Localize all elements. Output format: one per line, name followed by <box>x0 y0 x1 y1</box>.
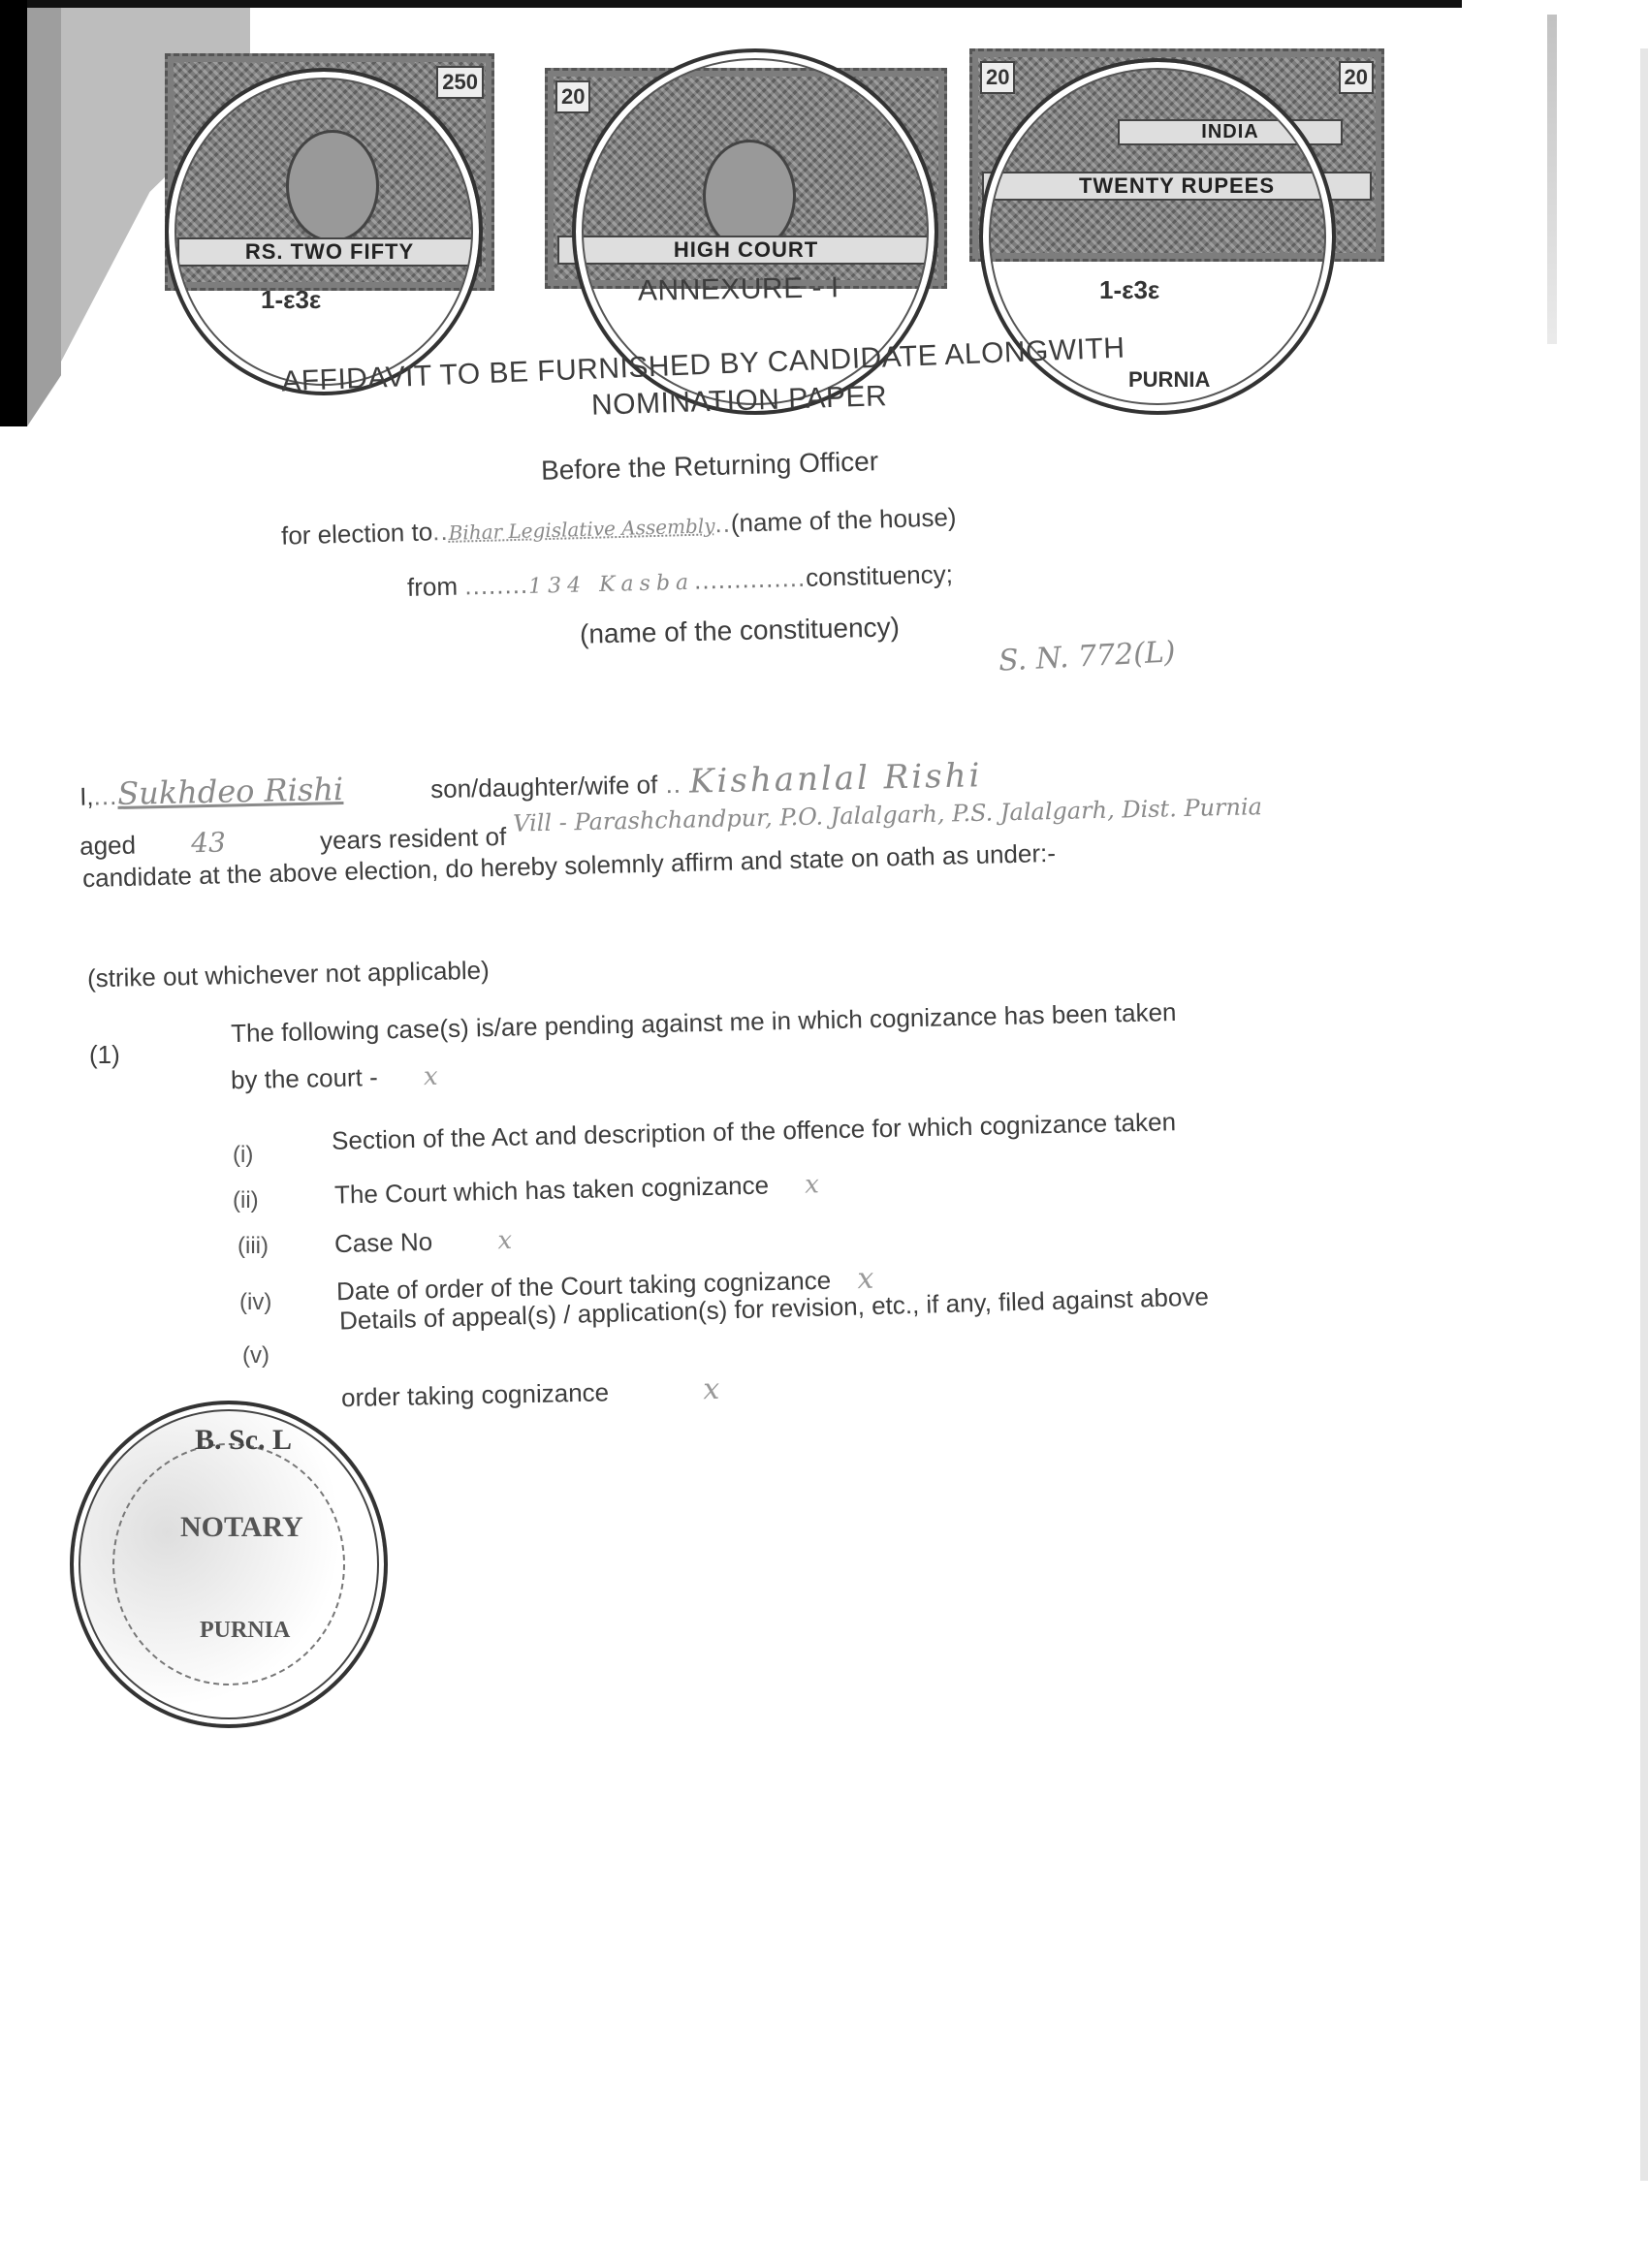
deponent-name-field: Sukhdeo Rishi <box>117 771 344 812</box>
deponent-prefix: I, <box>79 781 94 810</box>
subitem-number: (v) <box>242 1342 269 1370</box>
cross-mark: x <box>703 1372 720 1406</box>
stamp-denomination: 20 <box>555 80 590 113</box>
subitem-court: The Court which has taken cognizance x <box>334 1169 820 1210</box>
cross-mark: x <box>497 1226 512 1255</box>
relation-label: son/daughter/wife of <box>430 770 658 803</box>
subitem-number: (i) <box>233 1142 253 1169</box>
election-line: for election to..Bihar Legislative Assem… <box>281 502 957 551</box>
notary-qualification: B. Sc. L <box>195 1424 292 1457</box>
subitem-number: (iv) <box>239 1289 271 1316</box>
returning-officer-heading: Before the Returning Officer <box>541 446 879 487</box>
seal-date: 1-ε3ε <box>1099 275 1159 305</box>
resident-label: years resident of <box>320 822 507 855</box>
constituency-note: (name of the constituency) <box>580 612 901 649</box>
election-label: for election to <box>281 517 433 550</box>
constituency-field: 134 Kasba <box>528 571 695 599</box>
subitem-number: (ii) <box>233 1187 259 1214</box>
seal-inner-ring <box>112 1443 345 1685</box>
aged-label: aged <box>79 831 137 861</box>
house-note: (name of the house) <box>730 502 956 537</box>
stamp-denomination: 20 <box>980 61 1015 94</box>
document-subtitle: NOMINATION PAPER <box>591 380 888 423</box>
scan-crease <box>1547 15 1557 344</box>
cross-mark: x <box>805 1170 819 1199</box>
subitem-number: (iii) <box>238 1233 269 1260</box>
notary-place: PURNIA <box>200 1618 290 1644</box>
seal-place: PURNIA <box>1128 367 1210 393</box>
reference-number: S. N. 772(L) <box>998 635 1176 678</box>
subitem-offence-section: Section of the Act and description of th… <box>332 1107 1177 1156</box>
subitem-appeal-details-cont: order taking cognizance x <box>341 1372 720 1414</box>
seal-date: 1-ε3ε <box>261 285 321 315</box>
house-name-field: Bihar Legislative Assembly <box>448 514 714 545</box>
scan-border-left <box>0 0 27 426</box>
age-field: 43 <box>191 826 226 859</box>
cancellation-seal: 1-ε3ε <box>165 68 483 395</box>
strike-out-note: (strike out whichever not applicable) <box>87 956 490 994</box>
constituency-suffix: constituency; <box>806 559 953 592</box>
subitem-case-no: Case No x <box>334 1225 513 1259</box>
stamp-denomination: 20 <box>1339 61 1374 94</box>
scan-border-right <box>1640 48 1648 2181</box>
cross-mark: x <box>424 1062 438 1091</box>
item-number: (1) <box>89 1040 120 1070</box>
parent-name-field: Kishanlal Rishi <box>689 756 983 801</box>
from-label: from <box>407 572 459 602</box>
from-line: from ........134 Kasba..............cons… <box>407 559 954 603</box>
item-1-text-cont: by the court - x <box>231 1061 438 1095</box>
stamp-denomination: 250 <box>436 66 484 99</box>
notary-seal: B. Sc. L NOTARY PURNIA <box>70 1401 388 1728</box>
annexure-label: ANNEXURE - I <box>638 271 840 308</box>
item-1-text: The following case(s) is/are pending aga… <box>231 997 1177 1049</box>
scan-border-top <box>27 0 1462 8</box>
scan-shadow-edge <box>27 0 61 426</box>
notary-title: NOTARY <box>180 1511 303 1544</box>
